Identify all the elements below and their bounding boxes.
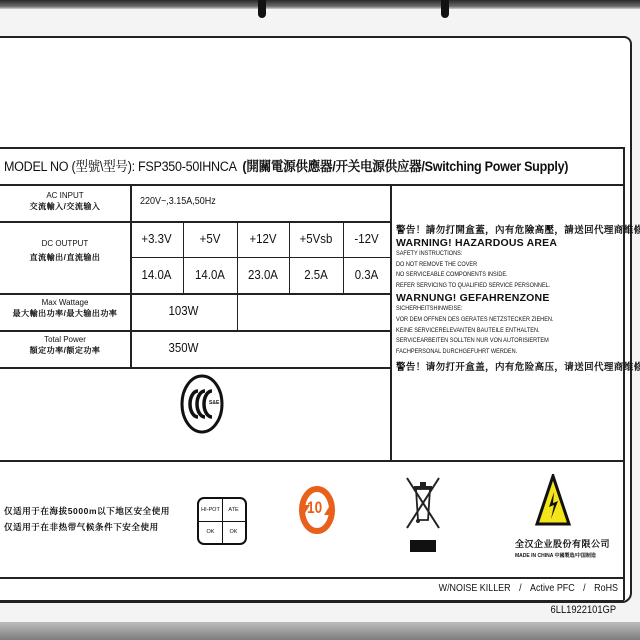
ac-input-label: AC INPUT 交流輸入/交流输入 xyxy=(0,190,130,212)
ac-input-label-cn: 交流輸入/交流输入 xyxy=(0,201,130,212)
dc-rail-voltage: +12V xyxy=(240,231,286,246)
ac-input-value: 220V~,3.15A,50Hz xyxy=(140,196,216,207)
part-number: 6LL1922101GP xyxy=(550,604,616,616)
altitude-note: 仅适用于在海拔5000m以下地区安全使用 xyxy=(4,503,170,519)
divider xyxy=(0,600,624,602)
model-description: (開關電源供應器/开关电源供应器/Switching Power Supply) xyxy=(242,159,568,174)
max-wattage-label-en: Max Wattage xyxy=(0,297,130,308)
chassis-bottom-edge xyxy=(0,622,640,640)
warning-cn-traditional: 警告！請勿打開盒蓋，內有危險高壓，請送回代理商維修， xyxy=(396,222,621,236)
dc-rail-voltage: +5Vsb xyxy=(292,231,340,246)
warning-heading-de: WARNUNG! GEFAHRENZONE xyxy=(396,292,621,304)
divider xyxy=(237,221,238,330)
chassis-notch xyxy=(258,0,266,18)
total-power-value: 350W xyxy=(136,340,230,355)
divider xyxy=(0,460,624,462)
dc-output-label-cn: 直流輸出/直流输出 xyxy=(0,252,130,263)
hipot-ate-badge: HI-POT ATE OK OK xyxy=(197,497,247,545)
high-voltage-warning-icon xyxy=(535,474,571,528)
dc-rail-voltage: +5V xyxy=(186,231,234,246)
manufacturer-name: 全汉企业股份有限公司 xyxy=(515,537,610,550)
efup-10-icon: 10 xyxy=(297,483,337,537)
ac-input-label-en: AC INPUT xyxy=(0,190,130,201)
total-power-label-cn: 額定功率/额定功率 xyxy=(0,345,130,356)
warning-panel: 警告！請勿打開盒蓋，內有危險高壓，請送回代理商維修， WARNING! HAZA… xyxy=(396,222,621,373)
max-wattage-value: 103W xyxy=(136,303,230,318)
dc-rail-voltage: -12V xyxy=(346,231,387,246)
dc-output-label: DC OUTPUT 直流輸出/直流输出 xyxy=(0,238,130,263)
divider xyxy=(0,367,390,369)
warning-line-de: VOR DEM ÖFFNEN DES GERÄTES NETZSTECKER Z… xyxy=(396,315,599,326)
warning-line-de: FACHPERSONAL DURCHGEFÜHRT WERDEN. xyxy=(396,347,599,358)
chassis-top-edge xyxy=(0,0,640,9)
feature-noise-killer: W/NOISE KILLER xyxy=(439,582,511,594)
dc-rail-voltage: +3.3V xyxy=(133,231,180,246)
max-wattage-label: Max Wattage 最大輸出功率/最大输出功率 xyxy=(0,297,130,319)
divider xyxy=(0,330,390,332)
divider xyxy=(0,577,624,579)
dc-rail-current: 0.3A xyxy=(346,267,387,282)
ccc-sub-text: S&E xyxy=(209,400,219,406)
weee-bin-icon xyxy=(405,472,441,562)
divider xyxy=(343,221,344,293)
hipot-ok: OK xyxy=(199,521,223,543)
ate-label: ATE xyxy=(222,499,245,522)
divider xyxy=(0,147,624,149)
divider xyxy=(183,221,184,293)
divider xyxy=(0,221,390,223)
divider xyxy=(623,147,625,600)
warning-line-de: SICHERHEITSHINWEISE: xyxy=(396,304,599,315)
altitude-notes: 仅适用于在海拔5000m以下地区安全使用 仅适用于在非热带气候条件下安全使用 xyxy=(4,503,170,535)
model-number: FSP350-50IHNCA xyxy=(138,159,236,174)
separator: / xyxy=(519,582,521,594)
warning-cn-simplified: 警告！请勿打开盒盖，内有危险高压，请送回代理商维修， xyxy=(396,359,621,373)
warning-line-en: REFER SERVICING TO QUALIFIED SERVICE PER… xyxy=(396,281,599,292)
max-wattage-label-cn: 最大輸出功率/最大输出功率 xyxy=(0,308,130,319)
ccc-mark-icon: S&E xyxy=(180,373,230,435)
warning-lines-de: SICHERHEITSHINWEISE:VOR DEM ÖFFNEN DES G… xyxy=(396,304,621,357)
warning-line-de: SERVICEARBEITEN SOLLTEN NUR VON AUTORISI… xyxy=(396,336,599,347)
divider xyxy=(0,184,624,186)
dc-rail-current: 23.0A xyxy=(240,267,286,282)
dc-output-label-en: DC OUTPUT xyxy=(0,238,130,249)
divider xyxy=(390,184,392,460)
chassis-notch xyxy=(441,0,449,18)
ate-ok: OK xyxy=(222,521,245,543)
dc-rail-current: 14.0A xyxy=(133,267,180,282)
climate-note: 仅适用于在非热带气候条件下安全使用 xyxy=(4,519,170,535)
warning-heading-en: WARNING! HAZARDOUS AREA xyxy=(396,237,621,249)
feature-rohs: RoHS xyxy=(594,582,618,594)
warning-line-en: NO SERVICEABLE COMPONENTS INSIDE. xyxy=(396,270,599,281)
divider xyxy=(0,293,390,295)
divider xyxy=(130,257,390,258)
hipot-label: HI-POT xyxy=(199,499,223,522)
divider xyxy=(289,221,290,293)
made-in-china: MADE IN CHINA 中國製造/中国制造 xyxy=(515,552,596,559)
total-power-label: Total Power 額定功率/额定功率 xyxy=(0,334,130,356)
model-prefix: MODEL NO (型號\型号): xyxy=(4,159,138,174)
feature-active-pfc: Active PFC xyxy=(530,582,575,594)
dc-rail-current: 2.5A xyxy=(292,267,340,282)
efup-number: 10 xyxy=(307,498,322,518)
warning-line-en: SAFETY INSTRUCTIONS: xyxy=(396,249,599,260)
total-power-label-en: Total Power xyxy=(0,334,130,345)
warning-lines-en: SAFETY INSTRUCTIONS:DO NOT REMOVE THE CO… xyxy=(396,249,621,291)
warning-line-de: KEINE SERVICERELEVANTEN BAUTEILE ENTHALT… xyxy=(396,326,599,337)
separator: / xyxy=(583,582,585,594)
model-line: MODEL NO (型號\型号): FSP350-50IHNCA (開關電源供應… xyxy=(4,155,568,175)
dc-rail-current: 14.0A xyxy=(186,267,234,282)
warning-line-en: DO NOT REMOVE THE COVER xyxy=(396,260,599,271)
divider xyxy=(130,184,132,367)
feature-list: W/NOISE KILLER/Active PFC/RoHS xyxy=(439,582,618,594)
